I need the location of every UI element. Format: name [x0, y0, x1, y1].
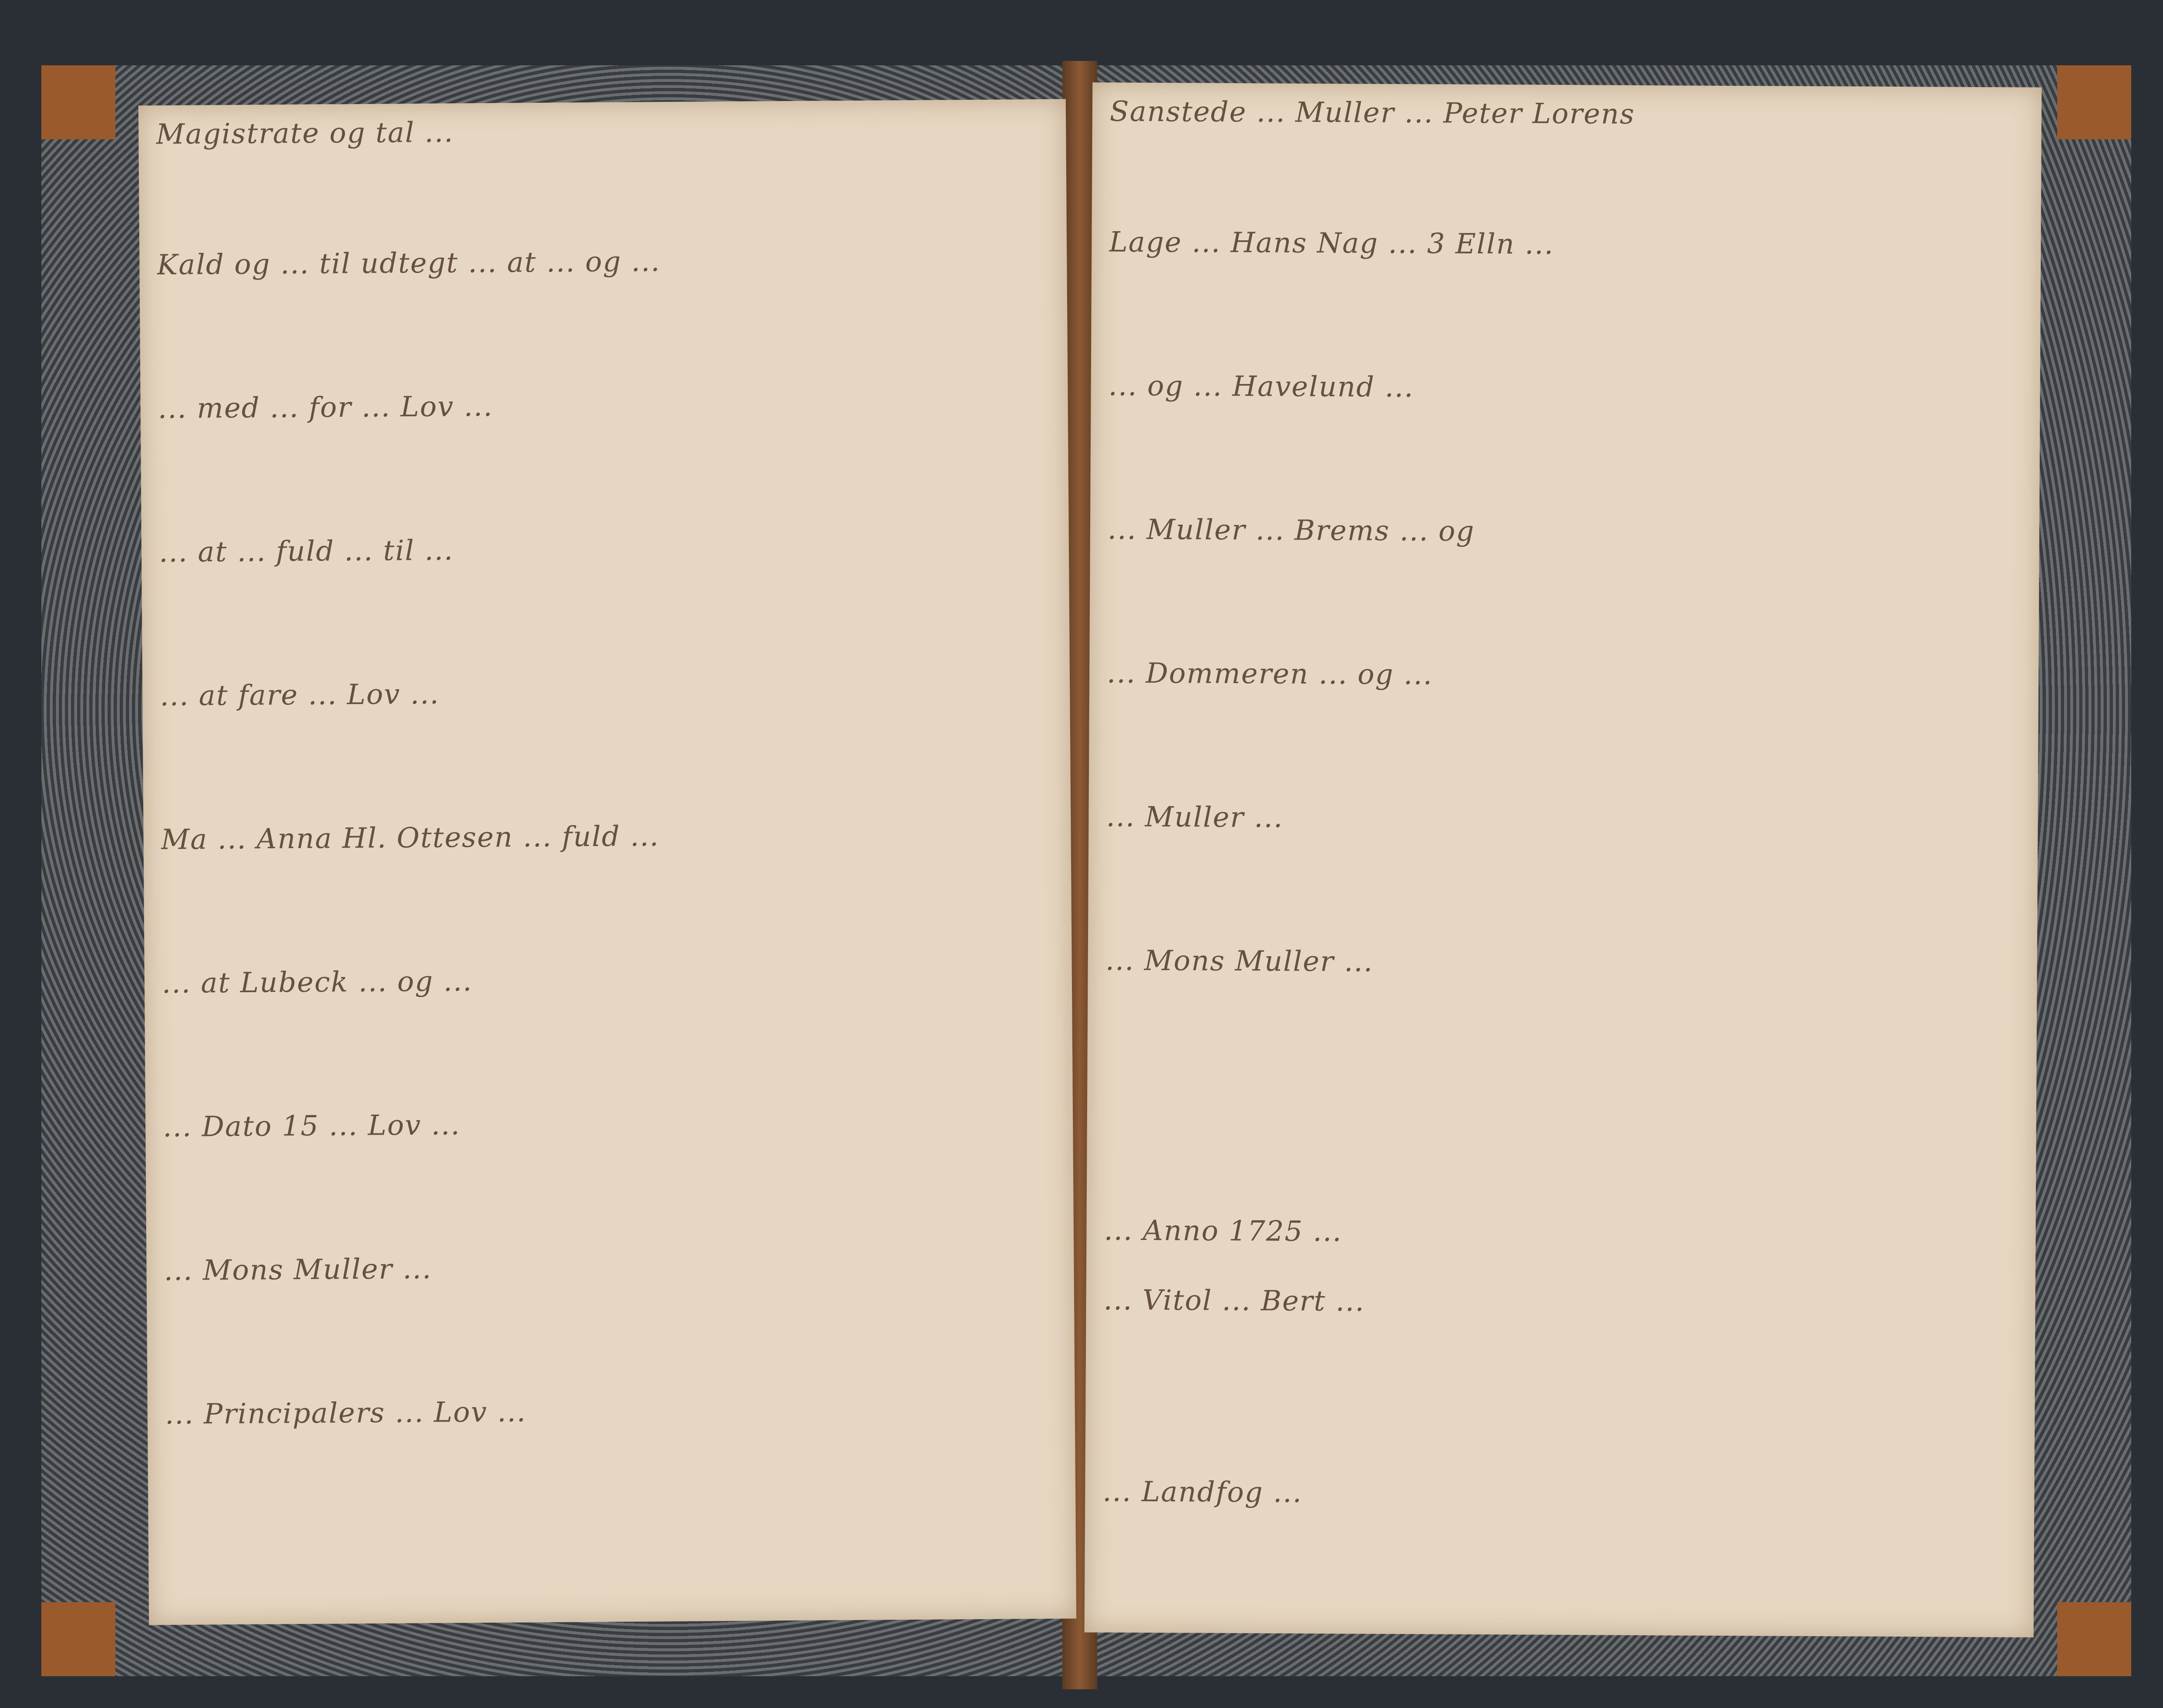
manuscript-line: ... Mons Muller ...	[164, 1249, 1061, 1294]
manuscript-line: ... Landfog ...	[1102, 1476, 2021, 1519]
manuscript-line: ... Mons Muller ...	[1105, 944, 2024, 988]
manuscript-line: ... Vitol ... Bert ...	[1103, 1284, 2022, 1328]
manuscript-line: ... at fare ... Lov ...	[160, 674, 1057, 719]
leather-corner-br	[2057, 1602, 2131, 1676]
manuscript-line: ... Dommeren ... og ...	[1107, 657, 2025, 701]
manuscript-line: Ma ... Anna Hl. Ottesen ... fuld ...	[161, 818, 1058, 863]
manuscript-line: ... Muller ...	[1106, 801, 2025, 845]
manuscript-line: ... Anno 1725 ...	[1104, 1214, 2022, 1258]
manuscript-line: Magistrate og tal ...	[156, 112, 1053, 158]
leather-corner-tl	[41, 65, 115, 139]
manuscript-line: ... at ... fuld ... til ...	[159, 530, 1056, 576]
right-page: Sanstede ... Muller ... Peter Lorens Lag…	[1085, 82, 2042, 1637]
manuscript-line: ... at Lubeck ... og ...	[162, 961, 1059, 1007]
manuscript-line: ... Muller ... Brems ... og	[1108, 514, 2026, 558]
manuscript-line: Kald og ... til udtegt ... at ... og ...	[157, 243, 1054, 288]
manuscript-line: ... Dato 15 ... Lov ...	[163, 1105, 1060, 1150]
manuscript-line: Lage ... Hans Nag ... 3 Elln ...	[1109, 226, 2028, 270]
manuscript-line: ... og ... Havelund ...	[1108, 370, 2027, 414]
left-page: Magistrate og tal ... Kald og ... til ud…	[138, 99, 1076, 1625]
leather-corner-tr	[2057, 65, 2131, 139]
leather-corner-bl	[41, 1602, 115, 1676]
manuscript-line: ... Principalers ... Lov ...	[165, 1392, 1062, 1438]
manuscript-line: ... med ... for ... Lov ...	[158, 387, 1055, 432]
manuscript-line: Sanstede ... Muller ... Peter Lorens	[1110, 96, 2028, 140]
